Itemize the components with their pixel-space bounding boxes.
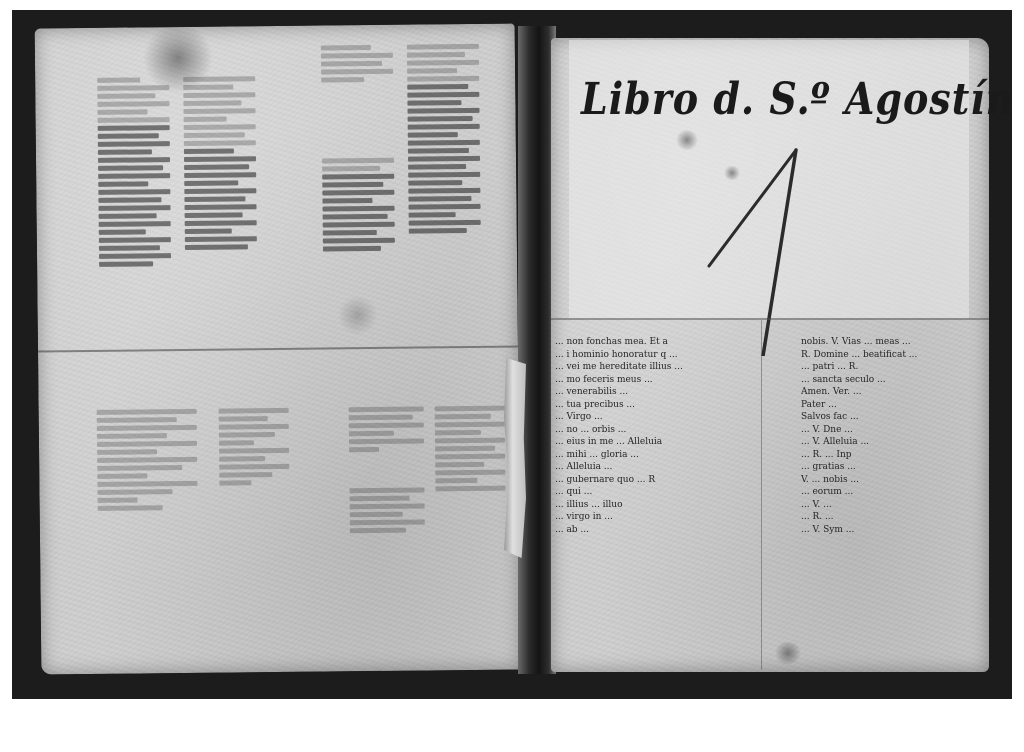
text-line: ... V. Dne ... <box>801 424 985 437</box>
text-column <box>349 406 425 533</box>
text-line: ... no ... orbis ... <box>555 424 755 437</box>
fold-seam <box>551 318 989 320</box>
fold-seam <box>38 345 518 352</box>
text-line: ... i hominio honoratur q ... <box>555 349 755 362</box>
text-column <box>219 408 290 486</box>
ink-stain <box>773 642 803 664</box>
text-line: ... tua precibus ... <box>555 399 755 412</box>
text-line: ... R. ... <box>801 511 985 524</box>
text-line: ... V. Sym ... <box>801 524 985 537</box>
text-line: ... patri ... R. <box>801 361 985 374</box>
text-line: ... V. Alleluia ... <box>801 436 985 449</box>
text-line: ... gratias ... <box>801 461 985 474</box>
text-line: V. ... nobis ... <box>801 474 985 487</box>
text-fragment-column-1: ... non fonchas mea. Et a ... i hominio … <box>555 336 755 536</box>
text-line: ... venerabilis ... <box>555 386 755 399</box>
text-line: ... eorum ... <box>801 486 985 499</box>
text-column <box>407 44 481 234</box>
text-line: ... mo feceris meus ... <box>555 374 755 387</box>
text-line: nobis. V. Vias ... meas ... <box>801 336 985 349</box>
text-line: ... qui ... <box>555 486 755 499</box>
text-line: ... sancta seculo ... <box>801 374 985 387</box>
center-fold <box>761 320 762 670</box>
text-column <box>183 76 257 250</box>
text-line: ... gubernare quo ... R <box>555 474 755 487</box>
text-column <box>97 77 171 267</box>
numeral-one-mark <box>701 146 801 356</box>
left-cover <box>35 24 522 675</box>
text-line: Amen. Ver. ... <box>801 386 985 399</box>
text-line: ... V. ... <box>801 499 985 512</box>
text-line: Pater ... <box>801 399 985 412</box>
text-column <box>97 409 198 511</box>
text-line: ... Virgo ... <box>555 411 755 424</box>
text-line: ... vei me hereditate illius ... <box>555 361 755 374</box>
ink-stain <box>337 295 377 335</box>
book-title: Libro d. S.º Agostín <box>581 73 1014 125</box>
text-line: ... mihi ... gloria ... <box>555 449 755 462</box>
text-line: ... non fonchas mea. Et a <box>555 336 755 349</box>
torn-parchment <box>504 358 526 558</box>
text-column <box>321 45 395 252</box>
text-line: ... eius in me ... Alleluia <box>555 436 755 449</box>
text-line: ... illius ... illuo <box>555 499 755 512</box>
text-line: R. Domine ... beatificat ... <box>801 349 985 362</box>
ink-stain <box>723 166 741 180</box>
text-line: ... virgo in ... <box>555 511 755 524</box>
text-line: ... ab ... <box>555 524 755 537</box>
text-line: ... Alleluia ... <box>555 461 755 474</box>
text-line: ... R. ... Inp <box>801 449 985 462</box>
ink-stain <box>675 130 699 150</box>
right-cover: Libro d. S.º Agostín ... non fonchas mea… <box>551 38 989 672</box>
text-column <box>435 406 506 492</box>
text-line: Salvos fac ... <box>801 411 985 424</box>
text-fragment-column-2: nobis. V. Vias ... meas ... R. Domine ..… <box>801 336 985 536</box>
